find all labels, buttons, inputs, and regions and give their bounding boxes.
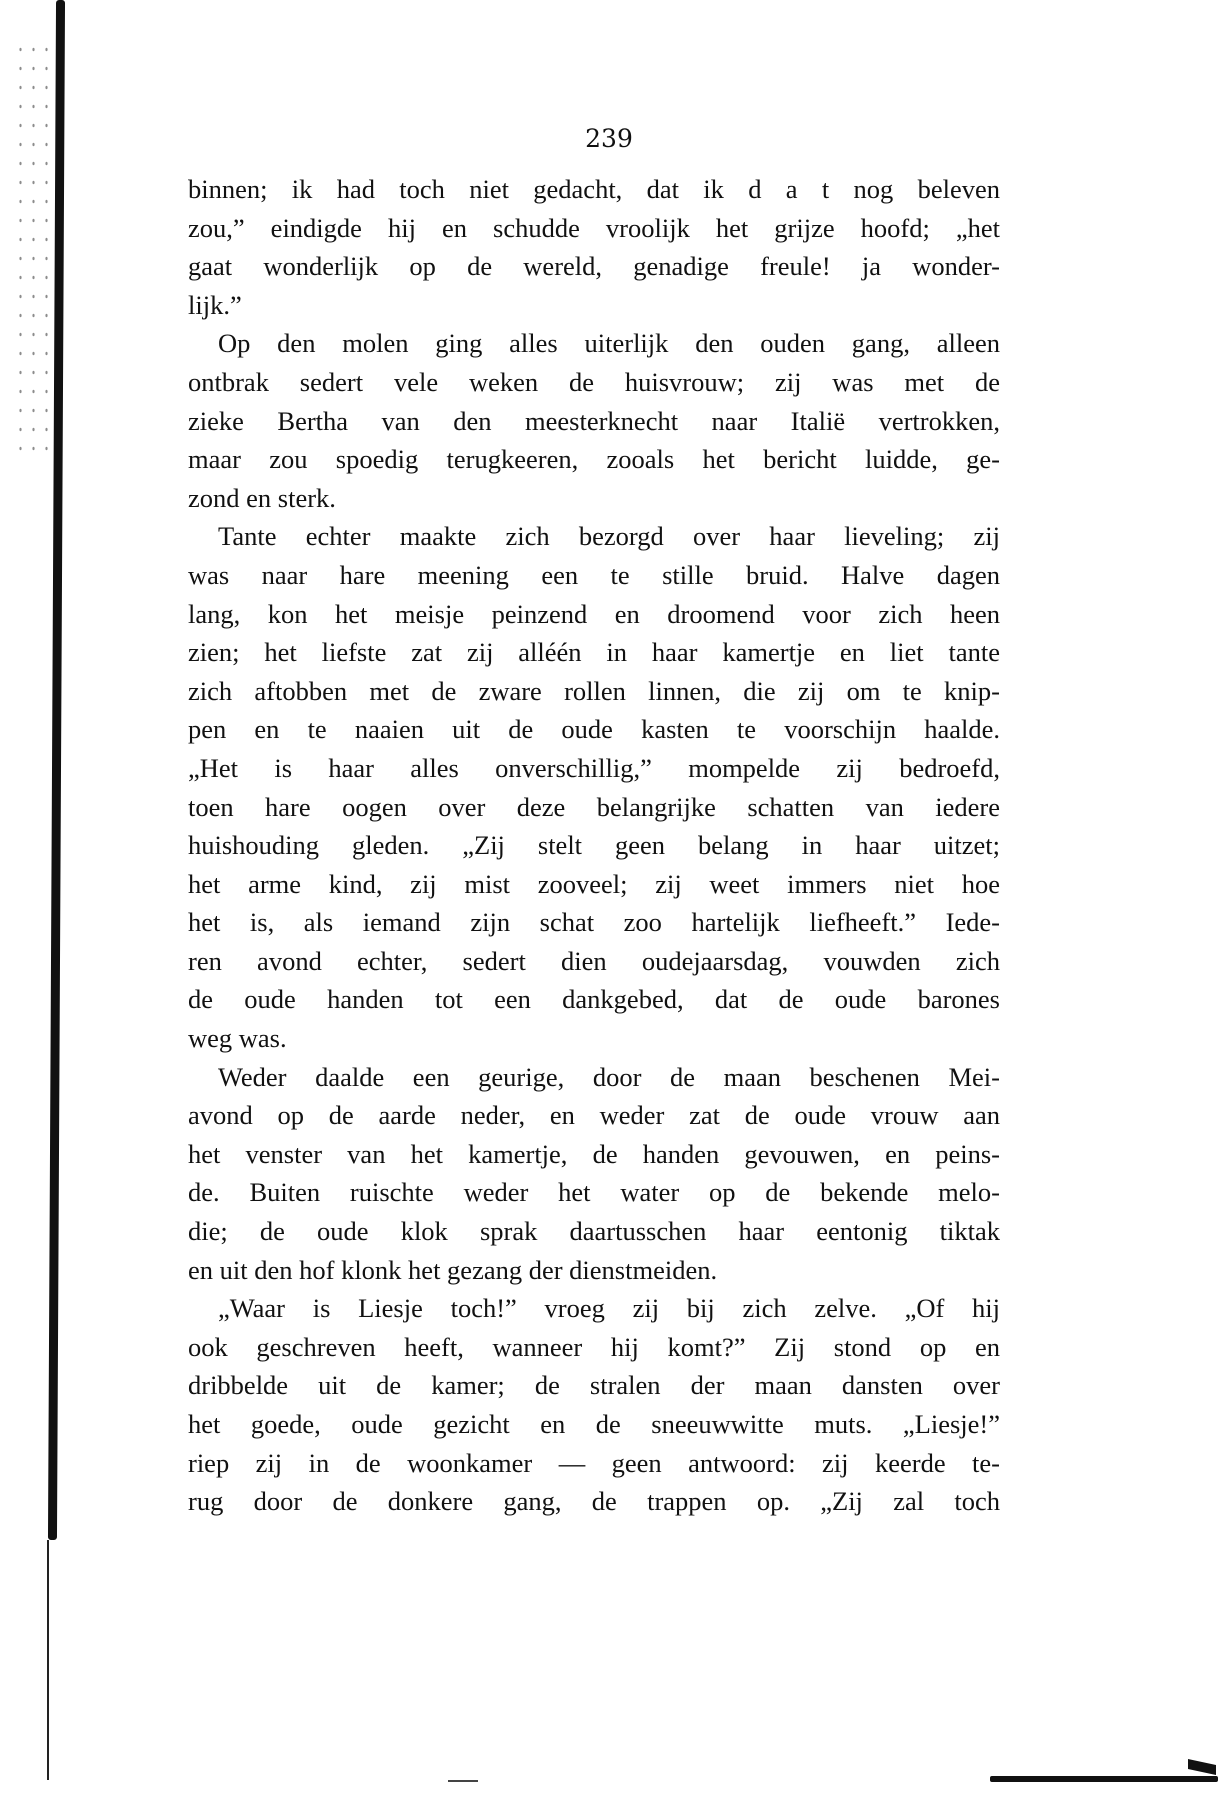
- text-line: was naar hare meening een te stille brui…: [188, 556, 1000, 595]
- text-line: zien; het liefste zat zij alléén in haar…: [188, 633, 1000, 672]
- text-line: avond op de aarde neder, en weder zat de…: [188, 1096, 1000, 1135]
- text-line: gaat wonderlijk op de wereld, genadige f…: [188, 247, 1000, 286]
- text-line: zond en sterk.: [188, 479, 1000, 518]
- text-line: maar zou spoedig terugkeeren, zooals het…: [188, 440, 1000, 479]
- text-line: pen en te naaien uit de oude kasten te v…: [188, 710, 1000, 749]
- text-line: de oude handen tot een dankgebed, dat de…: [188, 980, 1000, 1019]
- text-line: „Het is haar alles onverschillig,” mompe…: [188, 749, 1000, 788]
- text-line: het goede, oude gezicht en de sneeuwwitt…: [188, 1405, 1000, 1444]
- text-line: lijk.”: [188, 286, 1000, 325]
- text-line: huishouding gleden. „Zij stelt geen bela…: [188, 826, 1000, 865]
- binding-edge-line: [47, 1540, 49, 1780]
- text-line: ontbrak sedert vele weken de huisvrouw; …: [188, 363, 1000, 402]
- scanned-book-page: 239 binnen; ik had toch niet gedacht, da…: [0, 0, 1218, 1794]
- text-line: Weder daalde een geurige, door de maan b…: [188, 1058, 1000, 1097]
- text-line: riep zij in de woonkamer — geen antwoord…: [188, 1444, 1000, 1483]
- text-line: zich aftobben met de zware rollen linnen…: [188, 672, 1000, 711]
- text-line: rug door de donkere gang, de trappen op.…: [188, 1482, 1000, 1521]
- text-line: het arme kind, zij mist zooveel; zij wee…: [188, 865, 1000, 904]
- text-line: dribbelde uit de kamer; de stralen der m…: [188, 1366, 1000, 1405]
- text-line: binnen; ik had toch niet gedacht, dat ik…: [188, 170, 1000, 209]
- scan-mark: [448, 1780, 478, 1782]
- text-line: zieke Bertha van den meesterknecht naar …: [188, 402, 1000, 441]
- text-line: het venster van het kamertje, de handen …: [188, 1135, 1000, 1174]
- scan-edge-corner: [1188, 1759, 1216, 1775]
- text-line: en uit den hof klonk het gezang der dien…: [188, 1251, 1000, 1290]
- text-line: weg was.: [188, 1019, 1000, 1058]
- text-line: „Waar is Liesje toch!” vroeg zij bij zic…: [188, 1289, 1000, 1328]
- text-line: Tante echter maakte zich bezorgd over ha…: [188, 517, 1000, 556]
- text-line: toen hare oogen over deze belangrijke sc…: [188, 788, 1000, 827]
- scan-edge-streak: [990, 1776, 1218, 1782]
- text-line: ren avond echter, sedert dien oudejaarsd…: [188, 942, 1000, 981]
- text-line: lang, kon het meisje peinzend en droomen…: [188, 595, 1000, 634]
- text-line: zou,” eindigde hij en schudde vroolijk h…: [188, 209, 1000, 248]
- text-line: de. Buiten ruischte weder het water op d…: [188, 1173, 1000, 1212]
- text-line: het is, als iemand zijn schat zoo hartel…: [188, 903, 1000, 942]
- scan-noise-specks: [14, 40, 54, 460]
- text-line: Op den molen ging alles uiterlijk den ou…: [188, 324, 1000, 363]
- body-text: binnen; ik had toch niet gedacht, dat ik…: [188, 170, 1000, 1521]
- page-number: 239: [0, 124, 1218, 153]
- text-line: die; de oude klok sprak daartusschen haa…: [188, 1212, 1000, 1251]
- text-line: ook geschreven heeft, wanneer hij komt?”…: [188, 1328, 1000, 1367]
